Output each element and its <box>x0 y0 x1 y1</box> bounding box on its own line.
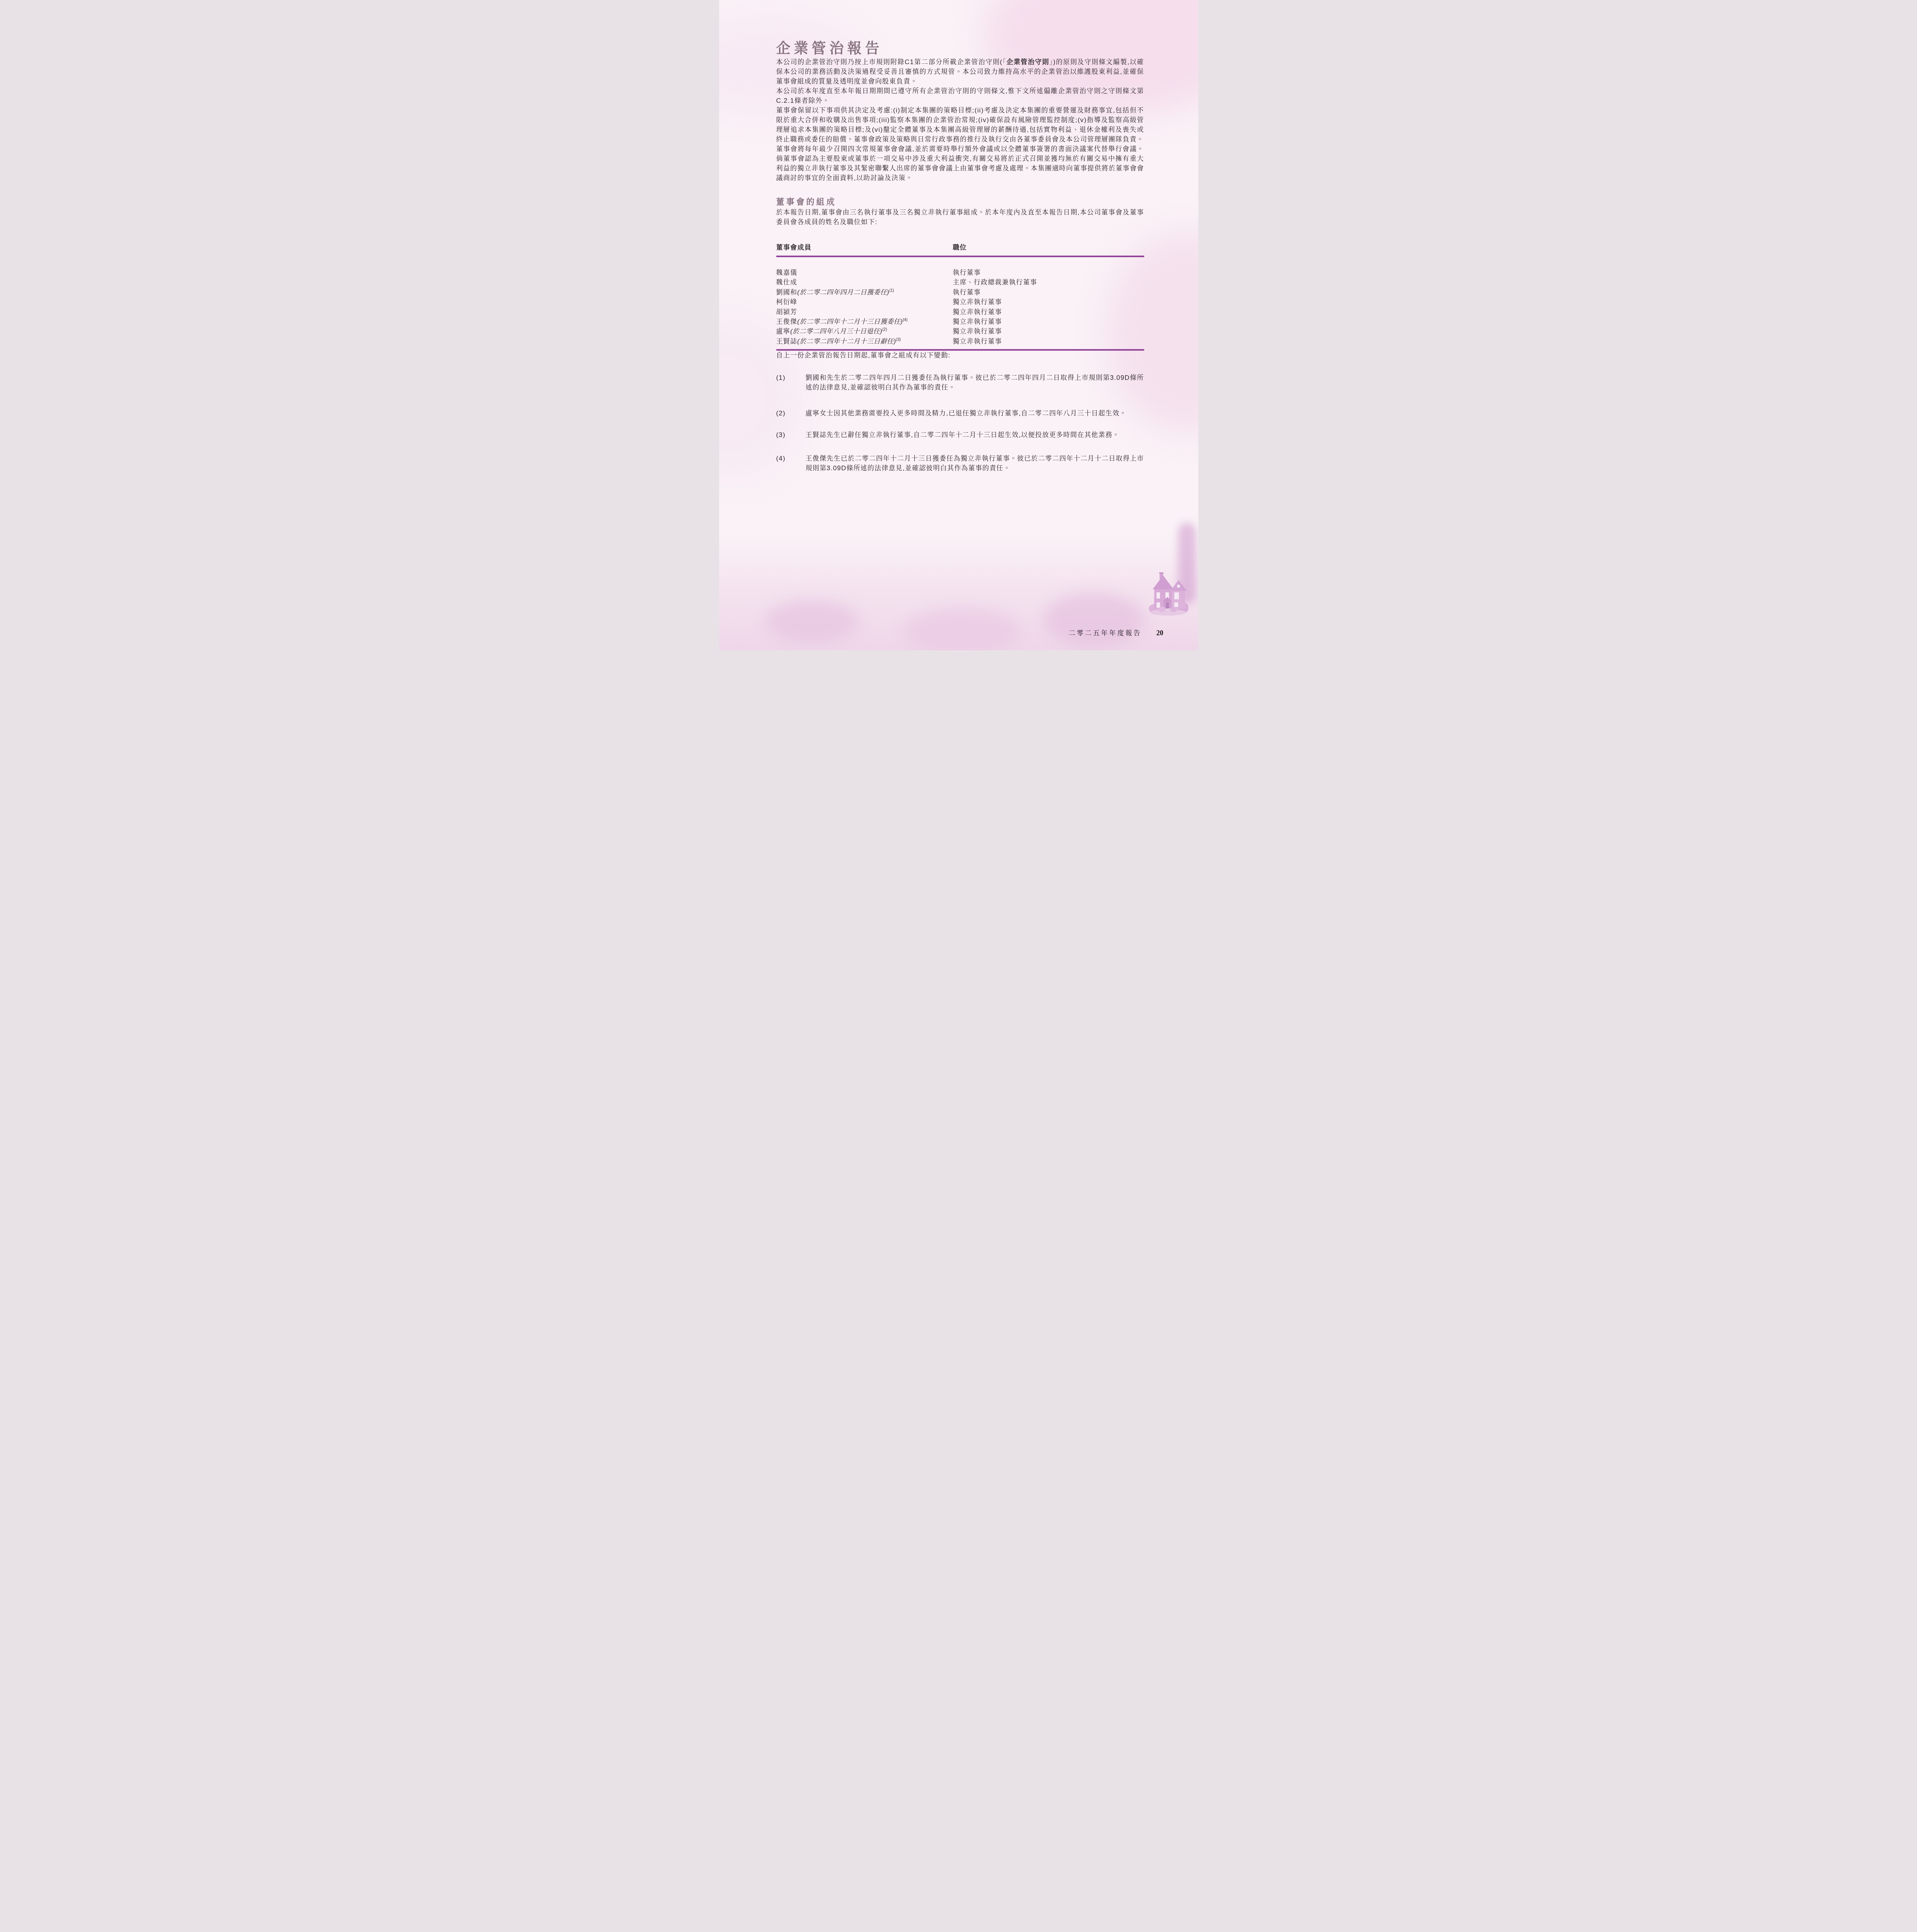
footer-report-label: 二零二五年年度報告 <box>1069 628 1142 637</box>
member-position: 主席、行政總裁兼執行董事 <box>953 277 1144 287</box>
footnote-text: 劉國和先生於二零二四年四月二日獲委任為執行董事。彼已於二零二四年四月二日取得上市… <box>806 373 1144 392</box>
member-position: 獨立非執行董事 <box>953 337 1144 346</box>
member-position: 獨立非執行董事 <box>953 297 1144 307</box>
p1-bold-term: 企業管治守則 <box>1007 58 1050 66</box>
footnote-number: (4) <box>776 454 806 473</box>
member-note: (於二零二四年八月三十日退任) <box>790 328 882 335</box>
table-row: 王賢誌(於二零二四年十二月十三日辭任)(3) 獨立非執行董事 <box>776 337 1144 346</box>
board-members-table: 董事會成員 職位 魏嘉儀 執行董事 魏仕成 主席、行政總裁兼執行董事 劉國和(於… <box>776 243 1144 350</box>
member-name: 王俊傑 <box>776 318 798 325</box>
member-name: 柯衍峰 <box>776 298 798 306</box>
paragraph-changes-intro: 自上一份企業管治報告日期起,董事會之組成有以下變動: <box>776 350 1144 360</box>
table-row: 魏仕成 主席、行政總裁兼執行董事 <box>776 277 1144 287</box>
member-name: 魏仕成 <box>776 279 798 286</box>
paragraph-cg-code: 本公司的企業管治守則乃按上市規則附錄C1第二部分所載企業管治守則(「企業管治守則… <box>776 57 1144 86</box>
column-header-member: 董事會成員 <box>776 243 953 252</box>
table-body: 魏嘉儀 執行董事 魏仕成 主席、行政總裁兼執行董事 劉國和(於二零二四年四月二日… <box>776 268 1144 346</box>
paragraph-board-meetings: 董事會將每年最少召開四次常規董事會會議,並於需要時舉行額外會議或以全體董事簽署的… <box>776 144 1144 183</box>
footnote-number: (2) <box>776 408 806 418</box>
table-row: 王俊傑(於二零二四年十二月十三日獲委任)(4) 獨立非執行董事 <box>776 317 1144 327</box>
member-position: 執行董事 <box>953 268 1144 277</box>
paragraph-reserved-matters: 董事會保留以下事項供其決定及考慮:(i)制定本集團的策略目標;(ii)考慮及決定… <box>776 105 1144 144</box>
paragraph-composition-intro: 於本報告日期,董事會由三名執行董事及三名獨立非執行董事組成。於本年度內及直至本報… <box>776 207 1144 227</box>
table-row: 胡潁芳 獨立非執行董事 <box>776 307 1144 317</box>
footnote-text: 王賢誌先生已辭任獨立非執行董事,自二零二四年十二月十三日起生效,以便投放更多時間… <box>806 430 1144 440</box>
member-name: 魏嘉儀 <box>776 269 798 276</box>
column-header-position: 職位 <box>953 243 1144 252</box>
footnote-text: 盧寧女士因其他業務需要投入更多時間及精力,已退任獨立非執行董事,自二零二四年八月… <box>806 408 1144 418</box>
member-note: (於二零二四年十二月十三日獲委任) <box>797 318 903 325</box>
footnote: (2) 盧寧女士因其他業務需要投入更多時間及精力,已退任獨立非執行董事,自二零二… <box>776 408 1144 418</box>
table-row: 盧寧(於二零二四年八月三十日退任)(2) 獨立非執行董事 <box>776 327 1144 336</box>
member-name: 王賢誌 <box>776 338 798 345</box>
member-name: 劉國和 <box>776 289 798 296</box>
paragraph-compliance: 本公司於本年度直至本年報日期期間已遵守所有企業管治守則的守則條文,惟下文所述偏離… <box>776 86 1144 105</box>
member-footnote-ref: (3) <box>896 338 901 342</box>
footnote-number: (3) <box>776 430 806 440</box>
member-position: 獨立非執行董事 <box>953 317 1144 327</box>
table-header-row: 董事會成員 職位 <box>776 243 1144 252</box>
footnote: (4) 王俊傑先生已於二零二四年十二月十三日獲委任為獨立非執行董事。彼已於二零二… <box>776 454 1144 473</box>
member-position: 執行董事 <box>953 287 1144 297</box>
footnote-text: 王俊傑先生已於二零二四年十二月十三日獲委任為獨立非執行董事。彼已於二零二四年十二… <box>806 454 1144 473</box>
footer-page-number: 20 <box>1157 629 1163 637</box>
member-name: 盧寧 <box>776 328 790 335</box>
member-note: (於二零二四年四月二日獲委任) <box>797 289 889 296</box>
member-name: 胡潁芳 <box>776 308 798 316</box>
p1-pre: 本公司的企業管治守則乃按上市規則附錄C1第二部分所載企業管治守則(「 <box>776 58 1007 66</box>
table-top-rule <box>776 256 1144 257</box>
member-footnote-ref: (2) <box>882 328 887 332</box>
page-footer: 二零二五年年度報告 20 <box>1069 628 1163 637</box>
house-illustration <box>1148 570 1188 616</box>
member-footnote-ref: (4) <box>903 318 907 322</box>
table-row: 魏嘉儀 執行董事 <box>776 268 1144 277</box>
footnote: (1) 劉國和先生於二零二四年四月二日獲委任為執行董事。彼已於二零二四年四月二日… <box>776 373 1144 392</box>
report-page: 企業管治報告 本公司的企業管治守則乃按上市規則附錄C1第二部分所載企業管治守則(… <box>719 0 1198 650</box>
table-row: 柯衍峰 獨立非執行董事 <box>776 297 1144 307</box>
page-content: 企業管治報告 本公司的企業管治守則乃按上市規則附錄C1第二部分所載企業管治守則(… <box>719 0 1198 473</box>
section-heading-board-composition: 董事會的組成 <box>776 197 1144 207</box>
footnote: (3) 王賢誌先生已辭任獨立非執行董事,自二零二四年十二月十三日起生效,以便投放… <box>776 430 1144 440</box>
table-row: 劉國和(於二零二四年四月二日獲委任)(1) 執行董事 <box>776 287 1144 297</box>
footnote-number: (1) <box>776 373 806 392</box>
member-footnote-ref: (1) <box>889 289 894 293</box>
page-title: 企業管治報告 <box>776 40 1144 57</box>
member-position: 獨立非執行董事 <box>953 307 1144 317</box>
member-position: 獨立非執行董事 <box>953 327 1144 336</box>
member-note: (於二零二四年十二月十三日辭任) <box>797 338 896 345</box>
